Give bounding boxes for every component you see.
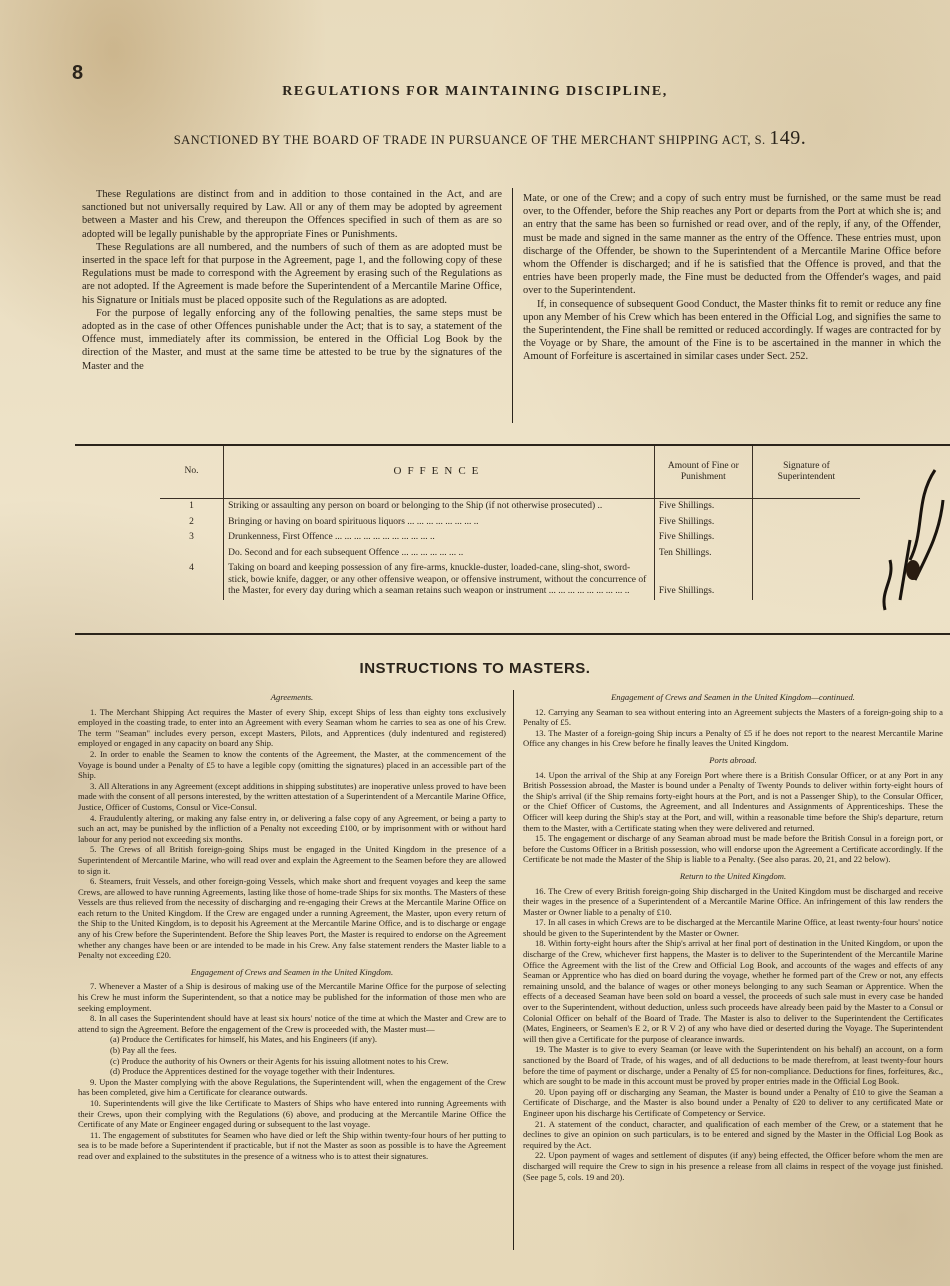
table-row: 2Bringing or having on board spirituous … [160, 515, 860, 531]
fine-amount: Five Shillings. [654, 499, 752, 515]
instruction-paragraph: 22. Upon payment of wages and settlement… [523, 1150, 943, 1182]
offence-text: Taking on board and keeping possession o… [224, 561, 655, 600]
offence-text: Bringing or having on board spirituous l… [224, 515, 655, 531]
instruction-paragraph: 1. The Merchant Shipping Act requires th… [78, 707, 506, 749]
instruction-paragraph: 13. The Master of a foreign-going Ship i… [523, 728, 943, 749]
table-row: 3Drunkenness, First Offence ... ... ... … [160, 530, 860, 546]
instruction-paragraph: 7. Whenever a Master of a Ship is desiro… [78, 981, 506, 1013]
offence-text: Striking or assaulting any person on boa… [224, 499, 655, 515]
column-divider [512, 188, 513, 423]
header-signature: Signature of Superintendent [752, 446, 860, 499]
table-row: 1Striking or assaulting any person on bo… [160, 499, 860, 515]
instruction-paragraph: (c) Produce the authority of his Owners … [78, 1056, 506, 1067]
page-title: REGULATIONS FOR MAINTAINING DISCIPLINE, [0, 84, 950, 100]
column-divider [513, 690, 514, 1250]
instruction-paragraph: 11. The engagement of substitutes for Se… [78, 1130, 506, 1162]
offence-text: Do. Second and for each subsequent Offen… [224, 546, 655, 562]
signature-cell [752, 499, 860, 515]
section-heading: Engagement of Crews and Seamen in the Un… [523, 692, 943, 703]
intro-paragraph: If, in consequence of subsequent Good Co… [523, 298, 941, 364]
instruction-paragraph: 5. The Crews of all British foreign-goin… [78, 844, 506, 876]
instruction-paragraph: 17. In all cases in which Crews are to b… [523, 917, 943, 938]
instruction-paragraph: 6. Steamers, fruit Vessels, and other fo… [78, 876, 506, 961]
instruction-paragraph: 16. The Crew of every British foreign-go… [523, 886, 943, 918]
instruction-paragraph: 2. In order to enable the Seamen to know… [78, 749, 506, 781]
fine-amount: Five Shillings. [654, 561, 752, 600]
row-number [160, 546, 224, 562]
section-heading: Engagement of Crews and Seamen in the Un… [78, 967, 506, 978]
subtitle-text: SANCTIONED BY THE BOARD OF TRADE IN PURS… [174, 133, 766, 147]
instruction-paragraph: (d) Produce the Apprentices destined for… [78, 1066, 506, 1077]
page-number: 8 [72, 62, 83, 85]
instruction-paragraph: (a) Produce the Certificates for himself… [78, 1034, 506, 1045]
fine-amount: Ten Shillings. [654, 546, 752, 562]
instructions-right-column: Engagement of Crews and Seamen in the Un… [523, 686, 943, 1182]
section-heading: Return to the United Kingdom. [523, 871, 943, 882]
signature-cell [752, 530, 860, 546]
row-number: 4 [160, 561, 224, 600]
instruction-paragraph: 15. The engagement or discharge of any S… [523, 833, 943, 865]
signature-cell [752, 546, 860, 562]
intro-left-column: These Regulations are distinct from and … [82, 188, 502, 373]
instruction-paragraph: 20. Upon paying off or discharging any S… [523, 1087, 943, 1119]
instruction-paragraph: 14. Upon the arrival of the Ship at any … [523, 770, 943, 834]
handwritten-annotation [855, 460, 945, 630]
intro-paragraph: These Regulations are distinct from and … [82, 188, 502, 241]
row-number: 1 [160, 499, 224, 515]
fine-amount: Five Shillings. [654, 515, 752, 531]
instruction-paragraph: 12. Carrying any Seaman to sea without e… [523, 707, 943, 728]
instructions-left-column: Agreements.1. The Merchant Shipping Act … [78, 686, 506, 1162]
header-offence: OFFENCE [224, 446, 655, 499]
instruction-paragraph: 10. Superintendents will give the like C… [78, 1098, 506, 1130]
table-row: 4Taking on board and keeping possession … [160, 561, 860, 600]
page-subtitle: SANCTIONED BY THE BOARD OF TRADE IN PURS… [90, 127, 890, 150]
section-number: 149. [769, 127, 806, 149]
instruction-paragraph: (b) Pay all the fees. [78, 1045, 506, 1056]
header-amount: Amount of Fine or Punishment [654, 446, 752, 499]
offence-text: Drunkenness, First Offence ... ... ... .… [224, 530, 655, 546]
intro-paragraph: Mate, or one of the Crew; and a copy of … [523, 192, 941, 298]
section-heading: Ports abroad. [523, 755, 943, 766]
table-bottom-rule [75, 633, 950, 635]
intro-right-column: Mate, or one of the Crew; and a copy of … [523, 192, 941, 364]
instructions-title: INSTRUCTIONS TO MASTERS. [0, 660, 950, 677]
instruction-paragraph: 8. In all cases the Superintendent shoul… [78, 1013, 506, 1034]
section-heading: Agreements. [78, 692, 506, 703]
fine-amount: Five Shillings. [654, 530, 752, 546]
instruction-paragraph: 21. A statement of the conduct, characte… [523, 1119, 943, 1151]
signature-cell [752, 515, 860, 531]
instruction-paragraph: 18. Within forty-eight hours after the S… [523, 938, 943, 1044]
instruction-paragraph: 4. Fraudulently altering, or making any … [78, 813, 506, 845]
instruction-paragraph: 19. The Master is to give to every Seama… [523, 1044, 943, 1086]
row-number: 3 [160, 530, 224, 546]
table-row: Do. Second and for each subsequent Offen… [160, 546, 860, 562]
header-no: No. [160, 446, 224, 499]
instruction-paragraph: 3. All Alterations in any Agreement (exc… [78, 781, 506, 813]
instruction-paragraph: 9. Upon the Master complying with the ab… [78, 1077, 506, 1098]
intro-paragraph: These Regulations are all numbered, and … [82, 241, 502, 307]
row-number: 2 [160, 515, 224, 531]
offence-table: No. OFFENCE Amount of Fine or Punishment… [160, 446, 860, 600]
intro-paragraph: For the purpose of legally enforcing any… [82, 307, 502, 373]
signature-cell [752, 561, 860, 600]
